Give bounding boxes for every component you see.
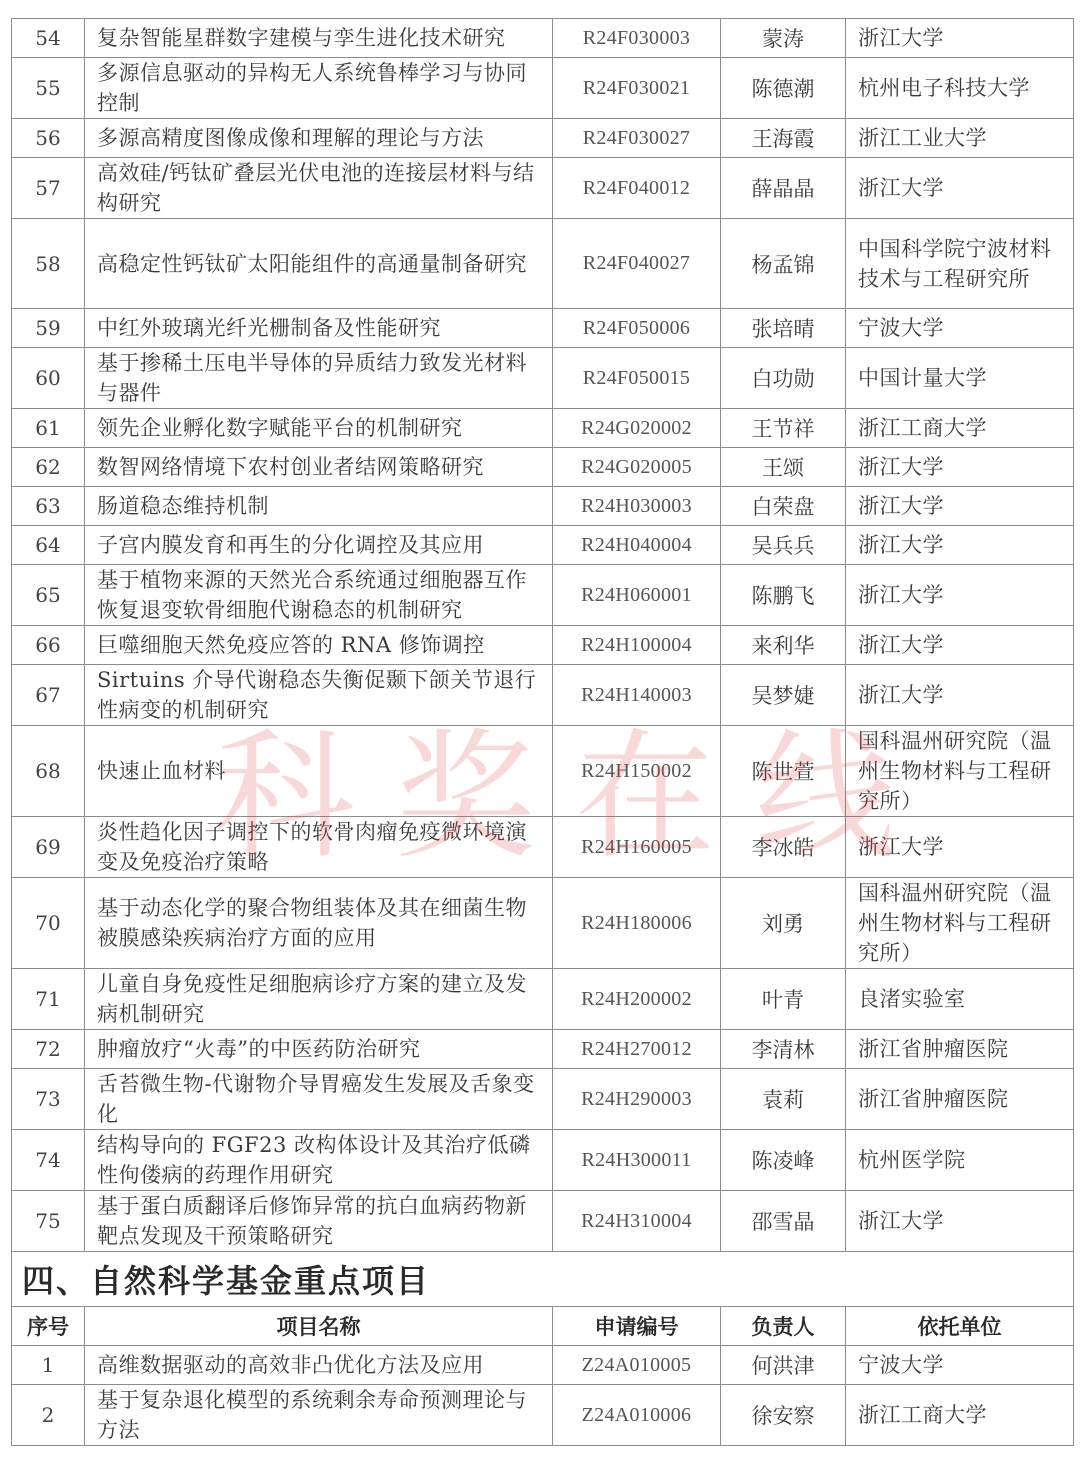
- row-number: 1: [12, 1346, 85, 1385]
- application-code: R24F030003: [553, 19, 721, 58]
- project-name: 基于复杂退化模型的系统剩余寿命预测理论与方法: [85, 1385, 553, 1446]
- row-number: 54: [12, 19, 85, 58]
- host-institution: 宁波大学: [846, 1346, 1074, 1385]
- application-code: R24H300011: [553, 1130, 721, 1191]
- host-institution: 浙江大学: [846, 565, 1074, 626]
- project-name: 高稳定性钙钛矿太阳能组件的高通量制备研究: [85, 219, 553, 309]
- project-name: 复杂智能星群数字建模与孪生进化技术研究: [85, 19, 553, 58]
- project-lead: 吴兵兵: [721, 526, 846, 565]
- project-name: 舌苔微生物-代谢物介导胃癌发生发展及舌象变化: [85, 1069, 553, 1130]
- project-name: Sirtuins 介导代谢稳态失衡促颞下颌关节退行性病变的机制研究: [85, 665, 553, 726]
- project-name: 肠道稳态维持机制: [85, 487, 553, 526]
- host-institution: 杭州电子科技大学: [846, 58, 1074, 119]
- table-row: 56多源高精度图像成像和理解的理论与方法R24F030027王海霞浙江工业大学: [12, 119, 1074, 158]
- project-name: 快速止血材料: [85, 726, 553, 817]
- row-number: 2: [12, 1385, 85, 1446]
- table-row: 69炎性趋化因子调控下的软骨肉瘤免疫微环境演变及免疫治疗策略R24H160005…: [12, 817, 1074, 878]
- row-number: 56: [12, 119, 85, 158]
- host-institution: 浙江工商大学: [846, 409, 1074, 448]
- host-institution: 浙江大学: [846, 817, 1074, 878]
- row-number: 72: [12, 1030, 85, 1069]
- table-row: 57高效硅/钙钛矿叠层光伏电池的连接层材料与结构研究R24F040012薛晶晶浙…: [12, 158, 1074, 219]
- table-row: 62数智网络情境下农村创业者结网策略研究R24G020005王颂浙江大学: [12, 448, 1074, 487]
- table-row: 60基于掺稀土压电半导体的异质结力致发光材料与器件R24F050015白功勋中国…: [12, 348, 1074, 409]
- project-lead: 邵雪晶: [721, 1191, 846, 1252]
- host-institution: 浙江大学: [846, 665, 1074, 726]
- section4-body: 四、自然科学基金重点项目 序号 项目名称 申请编号 负责人 依托单位: [12, 1252, 1074, 1346]
- row-number: 67: [12, 665, 85, 726]
- project-lead: 李冰皓: [721, 817, 846, 878]
- table-row: 67Sirtuins 介导代谢稳态失衡促颞下颌关节退行性病变的机制研究R24H1…: [12, 665, 1074, 726]
- host-institution: 浙江大学: [846, 626, 1074, 665]
- row-number: 73: [12, 1069, 85, 1130]
- row-number: 75: [12, 1191, 85, 1252]
- project-lead: 袁莉: [721, 1069, 846, 1130]
- row-number: 60: [12, 348, 85, 409]
- host-institution: 中国计量大学: [846, 348, 1074, 409]
- project-lead: 刘勇: [721, 878, 846, 969]
- host-institution: 浙江大学: [846, 487, 1074, 526]
- table-row: 61领先企业孵化数字赋能平台的机制研究R24G020002王节祥浙江工商大学: [12, 409, 1074, 448]
- header-name: 项目名称: [85, 1307, 553, 1346]
- host-institution: 中国科学院宁波材料技术与工程研究所: [846, 219, 1074, 309]
- project-lead: 王海霞: [721, 119, 846, 158]
- row-number: 65: [12, 565, 85, 626]
- project-name: 高维数据驱动的高效非凸优化方法及应用: [85, 1346, 553, 1385]
- row-number: 58: [12, 219, 85, 309]
- application-code: R24H150002: [553, 726, 721, 817]
- project-name: 炎性趋化因子调控下的软骨肉瘤免疫微环境演变及免疫治疗策略: [85, 817, 553, 878]
- project-lead: 陈鹏飞: [721, 565, 846, 626]
- application-code: R24H030003: [553, 487, 721, 526]
- application-code: R24H060001: [553, 565, 721, 626]
- row-number: 62: [12, 448, 85, 487]
- project-lead: 李清林: [721, 1030, 846, 1069]
- application-code: R24G020002: [553, 409, 721, 448]
- row-number: 64: [12, 526, 85, 565]
- project-name: 中红外玻璃光纤光栅制备及性能研究: [85, 309, 553, 348]
- application-code: Z24A010005: [553, 1346, 721, 1385]
- host-institution: 国科温州研究院（温州生物材料与工程研究所）: [846, 726, 1074, 817]
- row-number: 71: [12, 969, 85, 1030]
- application-code: R24H200002: [553, 969, 721, 1030]
- table-row: 71儿童自身免疫性足细胞病诊疗方案的建立及发病机制研究R24H200002叶青良…: [12, 969, 1074, 1030]
- project-lead: 何洪津: [721, 1346, 846, 1385]
- row-number: 55: [12, 58, 85, 119]
- table-row: 66巨噬细胞天然免疫应答的 RNA 修饰调控R24H100004来利华浙江大学: [12, 626, 1074, 665]
- host-institution: 国科温州研究院（温州生物材料与工程研究所）: [846, 878, 1074, 969]
- project-lead: 陈凌峰: [721, 1130, 846, 1191]
- project-name: 高效硅/钙钛矿叠层光伏电池的连接层材料与结构研究: [85, 158, 553, 219]
- project-lead: 张培晴: [721, 309, 846, 348]
- host-institution: 宁波大学: [846, 309, 1074, 348]
- table-row: 55多源信息驱动的异构无人系统鲁棒学习与协同控制R24F030021陈德潮杭州电…: [12, 58, 1074, 119]
- row-number: 66: [12, 626, 85, 665]
- table-row: 72肿瘤放疗“火毒”的中医药防治研究R24H270012李清林浙江省肿瘤医院: [12, 1030, 1074, 1069]
- document-page: 54复杂智能星群数字建模与孪生进化技术研究R24F030003蒙涛浙江大学55多…: [11, 18, 1073, 1446]
- section-heading-row: 四、自然科学基金重点项目: [12, 1252, 1074, 1307]
- application-code: R24H310004: [553, 1191, 721, 1252]
- host-institution: 浙江工商大学: [846, 1385, 1074, 1446]
- section4-rows: 1高维数据驱动的高效非凸优化方法及应用Z24A010005何洪津宁波大学2基于复…: [12, 1346, 1074, 1446]
- table-row: 59中红外玻璃光纤光栅制备及性能研究R24F050006张培晴宁波大学: [12, 309, 1074, 348]
- table-row: 68快速止血材料R24H150002陈世萱国科温州研究院（温州生物材料与工程研究…: [12, 726, 1074, 817]
- application-code: R24H270012: [553, 1030, 721, 1069]
- table-row: 64子宫内膜发育和再生的分化调控及其应用R24H040004吴兵兵浙江大学: [12, 526, 1074, 565]
- project-lead: 薛晶晶: [721, 158, 846, 219]
- project-lead: 白功勋: [721, 348, 846, 409]
- table-row: 63肠道稳态维持机制R24H030003白荣盘浙江大学: [12, 487, 1074, 526]
- project-name: 基于蛋白质翻译后修饰异常的抗白血病药物新靶点发现及干预策略研究: [85, 1191, 553, 1252]
- header-code: 申请编号: [553, 1307, 721, 1346]
- project-name: 基于掺稀土压电半导体的异质结力致发光材料与器件: [85, 348, 553, 409]
- application-code: R24H290003: [553, 1069, 721, 1130]
- application-code: R24F050006: [553, 309, 721, 348]
- host-institution: 浙江大学: [846, 526, 1074, 565]
- application-code: Z24A010006: [553, 1385, 721, 1446]
- application-code: R24H100004: [553, 626, 721, 665]
- table-row: 1高维数据驱动的高效非凸优化方法及应用Z24A010005何洪津宁波大学: [12, 1346, 1074, 1385]
- application-code: R24F030021: [553, 58, 721, 119]
- project-name: 基于动态化学的聚合物组装体及其在细菌生物被膜感染疾病治疗方面的应用: [85, 878, 553, 969]
- row-number: 57: [12, 158, 85, 219]
- header-lead: 负责人: [721, 1307, 846, 1346]
- project-lead: 陈世萱: [721, 726, 846, 817]
- host-institution: 浙江大学: [846, 1191, 1074, 1252]
- project-lead: 徐安察: [721, 1385, 846, 1446]
- row-number: 63: [12, 487, 85, 526]
- project-name: 结构导向的 FGF23 改构体设计及其治疗低磷性佝偻病的药理作用研究: [85, 1130, 553, 1191]
- table-row: 74结构导向的 FGF23 改构体设计及其治疗低磷性佝偻病的药理作用研究R24H…: [12, 1130, 1074, 1191]
- header-org: 依托单位: [846, 1307, 1074, 1346]
- project-table: 54复杂智能星群数字建模与孪生进化技术研究R24F030003蒙涛浙江大学55多…: [11, 18, 1074, 1446]
- table-row: 70基于动态化学的聚合物组装体及其在细菌生物被膜感染疾病治疗方面的应用R24H1…: [12, 878, 1074, 969]
- project-lead: 白荣盘: [721, 487, 846, 526]
- project-name: 领先企业孵化数字赋能平台的机制研究: [85, 409, 553, 448]
- application-code: R24H180006: [553, 878, 721, 969]
- row-number: 61: [12, 409, 85, 448]
- project-lead: 王节祥: [721, 409, 846, 448]
- application-code: R24F050015: [553, 348, 721, 409]
- project-name: 儿童自身免疫性足细胞病诊疗方案的建立及发病机制研究: [85, 969, 553, 1030]
- project-name: 肿瘤放疗“火毒”的中医药防治研究: [85, 1030, 553, 1069]
- project-name: 数智网络情境下农村创业者结网策略研究: [85, 448, 553, 487]
- application-code: R24H040004: [553, 526, 721, 565]
- section-title: 四、自然科学基金重点项目: [12, 1252, 1074, 1307]
- table-row: 65基于植物来源的天然光合系统通过细胞器互作恢复退变软骨细胞代谢稳态的机制研究R…: [12, 565, 1074, 626]
- project-lead: 陈德潮: [721, 58, 846, 119]
- table-row: 54复杂智能星群数字建模与孪生进化技术研究R24F030003蒙涛浙江大学: [12, 19, 1074, 58]
- row-number: 70: [12, 878, 85, 969]
- table-row: 2基于复杂退化模型的系统剩余寿命预测理论与方法Z24A010006徐安察浙江工商…: [12, 1385, 1074, 1446]
- project-name: 巨噬细胞天然免疫应答的 RNA 修饰调控: [85, 626, 553, 665]
- project-name: 多源信息驱动的异构无人系统鲁棒学习与协同控制: [85, 58, 553, 119]
- host-institution: 浙江省肿瘤医院: [846, 1030, 1074, 1069]
- project-name: 子宫内膜发育和再生的分化调控及其应用: [85, 526, 553, 565]
- host-institution: 浙江大学: [846, 19, 1074, 58]
- row-number: 68: [12, 726, 85, 817]
- table-header-row: 序号 项目名称 申请编号 负责人 依托单位: [12, 1307, 1074, 1346]
- host-institution: 浙江省肿瘤医院: [846, 1069, 1074, 1130]
- table-row: 58高稳定性钙钛矿太阳能组件的高通量制备研究R24F040027杨孟锦中国科学院…: [12, 219, 1074, 309]
- host-institution: 杭州医学院: [846, 1130, 1074, 1191]
- table-continued-body: 54复杂智能星群数字建模与孪生进化技术研究R24F030003蒙涛浙江大学55多…: [12, 19, 1074, 1252]
- project-lead: 吴梦婕: [721, 665, 846, 726]
- application-code: R24F040027: [553, 219, 721, 309]
- project-name: 基于植物来源的天然光合系统通过细胞器互作恢复退变软骨细胞代谢稳态的机制研究: [85, 565, 553, 626]
- project-lead: 杨孟锦: [721, 219, 846, 309]
- host-institution: 良渚实验室: [846, 969, 1074, 1030]
- host-institution: 浙江工业大学: [846, 119, 1074, 158]
- project-lead: 蒙涛: [721, 19, 846, 58]
- application-code: R24H140003: [553, 665, 721, 726]
- application-code: R24H160005: [553, 817, 721, 878]
- table-row: 73舌苔微生物-代谢物介导胃癌发生发展及舌象变化R24H290003袁莉浙江省肿…: [12, 1069, 1074, 1130]
- application-code: R24F030027: [553, 119, 721, 158]
- project-lead: 来利华: [721, 626, 846, 665]
- application-code: R24G020005: [553, 448, 721, 487]
- row-number: 59: [12, 309, 85, 348]
- table-row: 75基于蛋白质翻译后修饰异常的抗白血病药物新靶点发现及干预策略研究R24H310…: [12, 1191, 1074, 1252]
- row-number: 69: [12, 817, 85, 878]
- row-number: 74: [12, 1130, 85, 1191]
- host-institution: 浙江大学: [846, 448, 1074, 487]
- project-name: 多源高精度图像成像和理解的理论与方法: [85, 119, 553, 158]
- project-lead: 叶青: [721, 969, 846, 1030]
- host-institution: 浙江大学: [846, 158, 1074, 219]
- application-code: R24F040012: [553, 158, 721, 219]
- header-no: 序号: [12, 1307, 85, 1346]
- project-lead: 王颂: [721, 448, 846, 487]
